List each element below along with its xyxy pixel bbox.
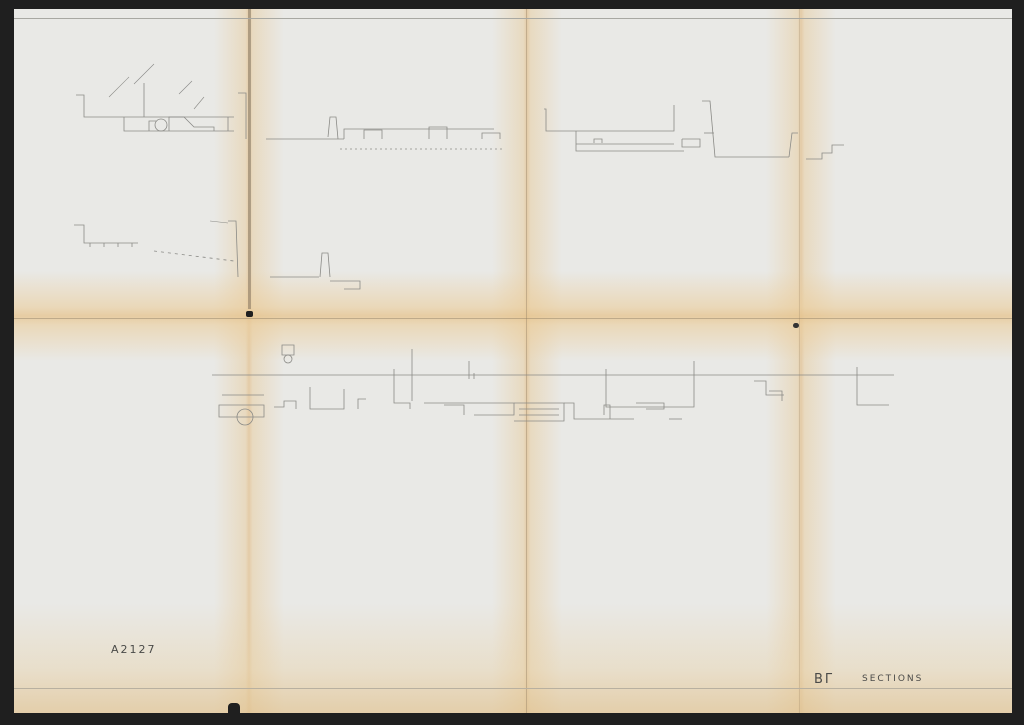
upper-right-section xyxy=(544,101,844,159)
tear-fold-hole xyxy=(246,311,253,317)
drawing-sheet: A2127 BΓ SECTIONS xyxy=(14,9,1012,713)
tear-bottom-edge xyxy=(228,703,240,713)
title-sections-label: SECTIONS xyxy=(862,674,923,684)
main-long-section xyxy=(212,345,894,425)
upper-left-section xyxy=(76,64,246,139)
upper-middle-section xyxy=(266,117,504,149)
sheet-number-label: A2127 xyxy=(111,643,157,656)
title-code-label: BΓ xyxy=(814,672,834,687)
tear-right-fold-hole xyxy=(793,323,799,328)
mid-left-fragment xyxy=(74,221,360,289)
pencil-sections-drawing xyxy=(14,9,1012,713)
